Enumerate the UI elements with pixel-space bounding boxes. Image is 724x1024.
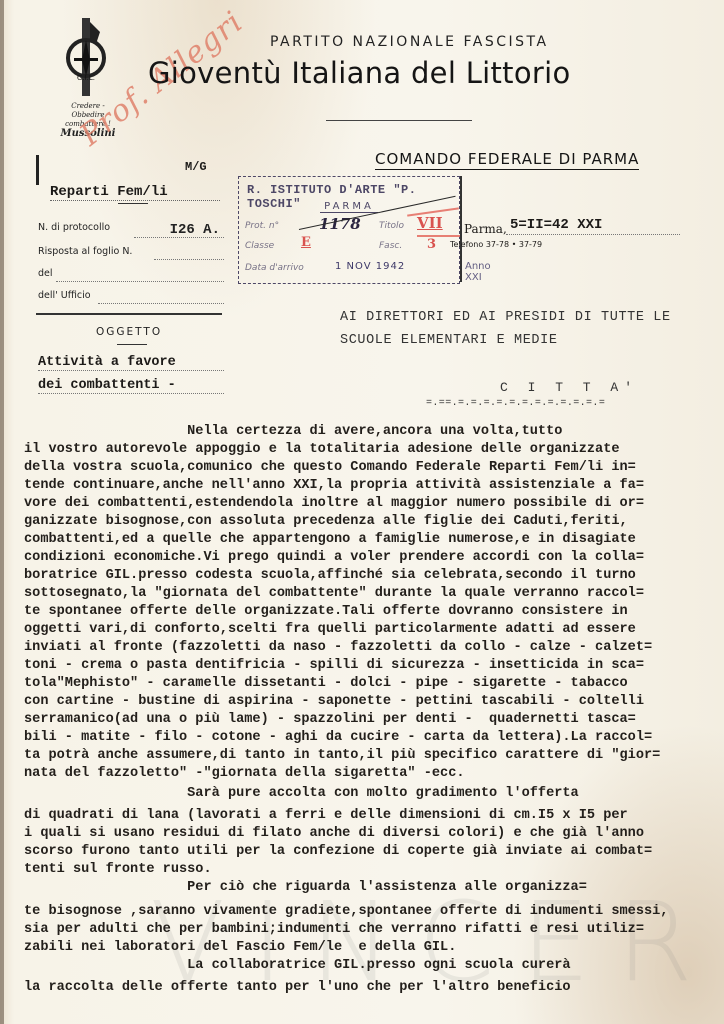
office-field: dell' Ufficio — [38, 290, 224, 306]
stamp-fascicolo-label: Fasc. — [379, 241, 402, 251]
body-line: Per ciò che riguarda l'assistenza alle o… — [24, 880, 587, 895]
body-line: ta potrà anche assumere,di tanto in tant… — [24, 748, 660, 763]
stamp-title-label: Titolo — [379, 221, 404, 231]
body-line: te bisognose ,saranno vivamente gradiete… — [24, 904, 668, 919]
stamp-protocol-label: Prot. n° — [245, 221, 279, 231]
registration-stamp: R. ISTITUTO D'ARTE "P. TOSCHI" PARMA Pro… — [238, 176, 460, 284]
reference-initials: M/G — [185, 160, 207, 174]
body-line: La collaboratrice GIL.presso ogni scuola… — [24, 958, 571, 973]
party-heading: PARTITO NAZIONALE FASCISTA — [270, 34, 549, 50]
field-dots — [98, 303, 224, 304]
dateline-place: Parma, — [464, 222, 507, 236]
body-line: tenti sul fronte russo. — [24, 862, 212, 877]
addressee-separator: =.==.=.=.=.=.=.=.=.=.=.=.=.= — [426, 398, 605, 409]
body-line: vore dei combattenti,estendendola inoltr… — [24, 496, 644, 511]
body-line: zabili nei laboratori del Fascio Fem/le … — [24, 940, 456, 955]
margin-mark — [36, 155, 39, 185]
body-line: serramanico(ad una o più lame) - spazzol… — [24, 712, 636, 727]
body-line: con cartine - bustine di aspirina - sapo… — [24, 694, 644, 709]
field-dots — [56, 281, 224, 282]
addressee-city: C I T T A' — [500, 380, 638, 395]
telephone-numbers: Telefono 37-78 • 37-79 — [450, 240, 542, 249]
sender-department: Reparti Fem/li — [50, 184, 220, 201]
subject-label: OGGETTO — [96, 326, 162, 338]
body-line: toni - crema o pasta dentifricia - spill… — [24, 658, 644, 673]
field-label: N. di protocollo — [38, 222, 110, 233]
body-line: inviati al fronte (fazzoletti da naso - … — [24, 640, 652, 655]
date-of-field: del — [38, 268, 224, 284]
field-dots — [154, 259, 224, 260]
body-line: sia per adulti che per bambini;indumenti… — [24, 922, 644, 937]
body-line: tende continuare,anche nell'anno XXI,la … — [24, 478, 644, 493]
body-line: te spontanee offerte delle organizzate.T… — [24, 604, 628, 619]
stamp-class-label: Classe — [245, 241, 274, 251]
body-line: scorso furono tanto utili per la confezi… — [24, 844, 652, 859]
protocol-number-field: N. di protocollo I26 A. — [38, 222, 224, 240]
body-line: sottosegnato,la "giornata del combattent… — [24, 586, 644, 601]
field-label: dell' Ufficio — [38, 290, 91, 301]
body-line: tola"Mephisto" - caramelle dissetanti - … — [24, 676, 628, 691]
subject-line: dei combattenti - — [38, 378, 224, 394]
subject-label-rule — [117, 344, 147, 345]
field-label: del — [38, 268, 53, 279]
body-line: Nella certezza di avere,ancora una volta… — [24, 424, 562, 439]
stamp-class-value: E — [301, 235, 311, 250]
body-line: ganizzate bisognose,con assoluta precede… — [24, 514, 628, 529]
reply-sheet-field: Risposta al foglio N. — [38, 246, 224, 262]
stamp-right-rule — [460, 176, 462, 282]
body-line: combattenti,ed a quelle che appartengono… — [24, 532, 636, 547]
body-line: della vostra scuola,comunico che questo … — [24, 460, 636, 475]
form-separator — [36, 313, 222, 315]
protocol-number-value: I26 A. — [170, 222, 220, 238]
gil-fasces-emblem-icon: G.I.L. — [60, 14, 112, 100]
stamp-date-label: Data d'arrivo — [245, 263, 304, 273]
body-line: condizioni economiche.Vi prego quindi a … — [24, 550, 644, 565]
body-line: boratrice GIL.presso codesta scuola,affi… — [24, 568, 636, 583]
command-heading: COMANDO FEDERALE DI PARMA — [375, 150, 639, 170]
sender-underline — [118, 203, 148, 204]
body-line: oggetti vari,di conforto,scelti fra quel… — [24, 622, 636, 637]
stamp-date-value: 1 NOV 1942 — [335, 261, 405, 272]
stamp-fascicolo-value: 3 — [427, 237, 436, 252]
dateline-date: 5=II=42 XXI — [510, 217, 602, 233]
page-edge-shadow — [0, 0, 4, 1024]
title-divider — [326, 120, 472, 121]
svg-text:G.I.L.: G.I.L. — [77, 74, 95, 82]
field-label: Risposta al foglio N. — [38, 246, 132, 257]
subject-line: Attività a favore — [38, 355, 224, 371]
addressee-line: AI DIRETTORI ED AI PRESIDI DI TUTTE LE — [340, 310, 671, 325]
stamp-title-value: VII — [417, 214, 443, 232]
body-line: i quali si usano residui di filato anche… — [24, 826, 644, 841]
body-line: Sarà pure accolta con molto gradimento l… — [24, 786, 579, 801]
document-page: G.I.L. Credere - Obbedire combattere ! M… — [0, 0, 724, 1024]
addressee-line: SCUOLE ELEMENTARI E MEDIE — [340, 333, 558, 348]
red-pencil-stroke — [417, 235, 461, 237]
body-line: la raccolta delle offerte tanto per l'un… — [24, 980, 571, 995]
stamp-era: Anno XXI — [465, 261, 491, 283]
dateline-dots — [506, 234, 680, 235]
organization-title: Gioventù Italiana del Littorio — [148, 56, 571, 90]
body-line: bili - matite - filo - cotone - aghi da … — [24, 730, 652, 745]
body-line: il vostro autorevole appoggio e la total… — [24, 442, 620, 457]
body-line: nata del fazzoletto" -"giornata della si… — [24, 766, 465, 781]
body-line: di quadrati di lana (lavorati a ferri e … — [24, 808, 628, 823]
